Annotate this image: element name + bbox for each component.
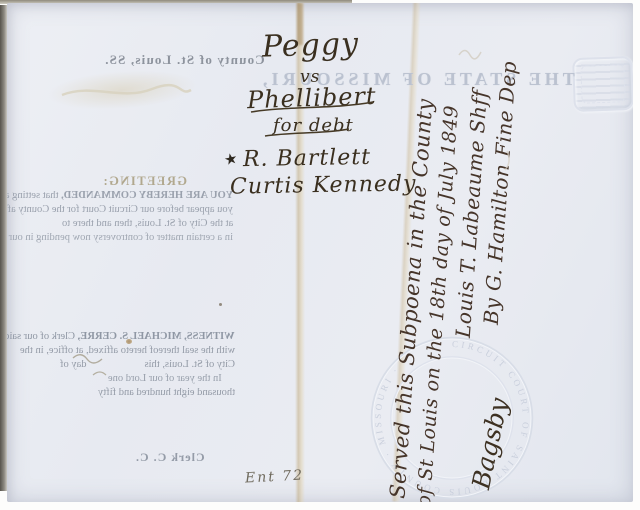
showthrough-clerk-line: Clerk C. C. — [135, 450, 205, 465]
showthrough-command-rest: that setting aside all manner of excuse … — [7, 190, 61, 201]
embossed-wafer-stamp — [572, 56, 633, 112]
pencil-squiggle-2 — [93, 372, 106, 375]
showthrough-witness-rest: Clerk of our said Court, — [7, 331, 78, 342]
showthrough-county-line: County of St. Louis, SS. — [104, 52, 265, 68]
scanned-document: CIRCUIT COURT OF SAINT LOUIS COUNTY · MI… — [0, 0, 640, 510]
showthrough-body-line-2: you appear before our Circuit Court for … — [7, 204, 233, 215]
showthrough-witness-line: WITNESS, MICHAEL S. CERRE, Clerk of our … — [7, 331, 235, 342]
pencil-docket-note: Ent 72 — [245, 467, 305, 486]
showthrough-seal-line-3b: day of — [60, 359, 87, 370]
showthrough-command-line: YOU ARE HEREBY COMMANDED, that setting a… — [7, 190, 233, 201]
handwritten-witness-2: Curtis Kennedy — [230, 171, 417, 199]
stain-speck — [219, 303, 222, 306]
handwritten-witness-1: R. Bartlett — [243, 145, 371, 172]
showthrough-seal-line-2: with the seal thereof hereto affixed, at… — [20, 345, 235, 356]
showthrough-seal-line-5: thousand eight hundred and fifty — [98, 387, 235, 398]
paper-sheet: CIRCUIT COURT OF SAINT LOUIS COUNTY · MI… — [7, 3, 633, 502]
showthrough-witness-bold: WITNESS, MICHAEL S. CERRE, — [78, 331, 235, 342]
stain-smudge — [46, 66, 198, 114]
showthrough-seal-line-4: In the year of our Lord one — [108, 373, 222, 384]
showthrough-seal-line-3a: City of St. Louis, this — [145, 359, 235, 370]
embossed-wafer-stamp-inner — [580, 64, 625, 104]
handwritten-defendant-name: Phellibert — [247, 82, 377, 115]
handwritten-cause-of-action: for debt — [273, 115, 354, 136]
showthrough-greeting: GREETING: — [102, 174, 187, 189]
handwritten-plaintiff-name: Peggy — [261, 26, 359, 64]
showthrough-command-bold: YOU ARE HEREBY COMMANDED, — [61, 190, 233, 201]
showthrough-body-line-4: in a certain matter of controversy now p… — [7, 232, 233, 243]
star-mark-icon: ★ — [222, 149, 240, 170]
scan-edge-left — [0, 5, 7, 491]
showthrough-seal-line-3: City of St. Louis, thisday of — [60, 359, 235, 370]
showthrough-body-line-3: at the City of St. Louis, then and there… — [62, 218, 233, 229]
